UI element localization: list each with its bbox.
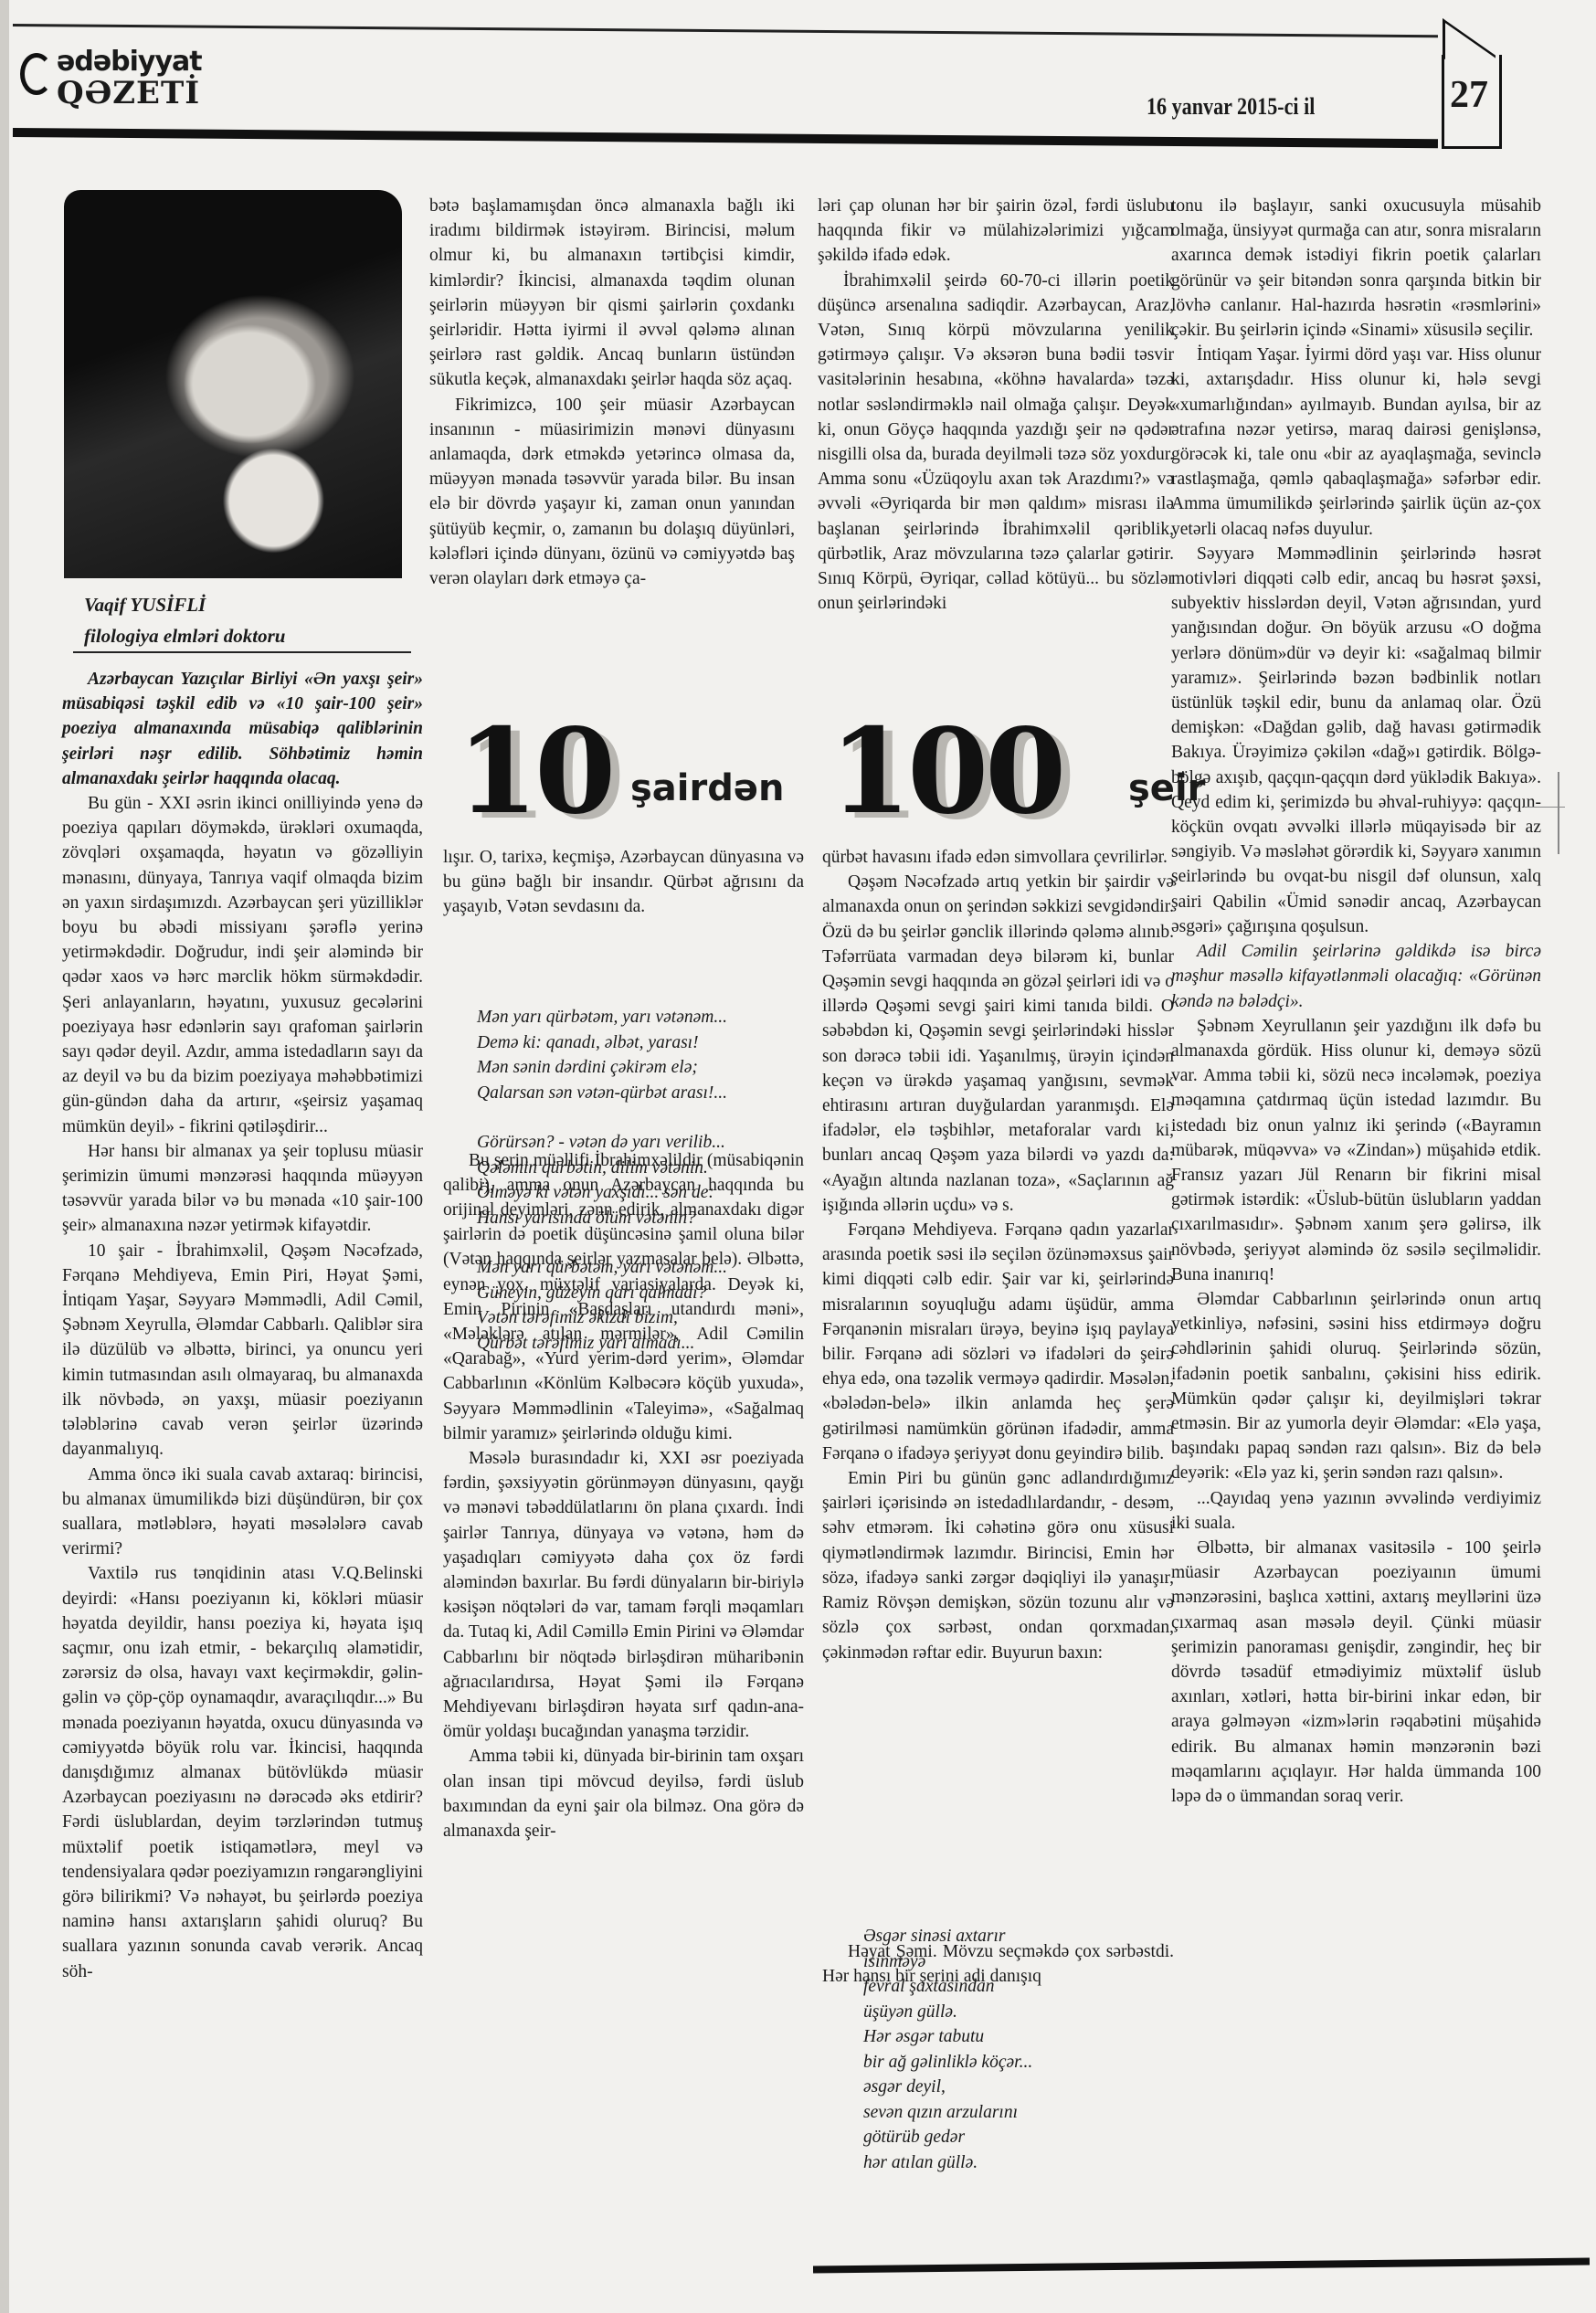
paragraph: Emin Piri bu günün gənc adlandırdığımız … (822, 1466, 1174, 1665)
poem-stanza: Mən yarı qürbətəm, yarı vətənəm... Güney… (477, 1255, 727, 1356)
poem-line: Mən yarı qürbətəm, yarı vətənəm... (477, 1255, 727, 1281)
pencil-mark (1558, 772, 1559, 854)
emblem-icon (20, 53, 53, 95)
author-title: filologiya elmləri doktoru (84, 620, 286, 651)
paragraph: Fikrimizcə, 100 şeir müasir Azərbaycan i… (429, 393, 795, 592)
scan-edge (0, 0, 9, 2313)
paragraph: lışır. O, tarixə, keçmişə, Azərbaycan dü… (443, 845, 804, 920)
poem-ibrahimxelil: Mən yarı qürbətəm, yarı vətənəm... Demə … (477, 1005, 727, 1380)
poem-stanza: Görürsən? - vətən də yarı verilib... Qəl… (477, 1130, 727, 1230)
column-4: tonu ilə başlayır, sanki oxucusuyla müsa… (1171, 194, 1541, 1809)
paragraph: Fərqanə Mehdiyeva. Fərqanə qadın yazarla… (822, 1218, 1174, 1466)
poem-line: bir ağ gəlinliklə köçər... (863, 2050, 1032, 2075)
article-headline: 10 şairdən 100 şeir (448, 713, 1179, 831)
paragraph: Əlbəttə, bir almanax vasitəsilə - 100 şe… (1171, 1536, 1541, 1809)
poem-line: Qürbət tərəfimiz yarı almadı... (477, 1331, 727, 1357)
poem-line: Mən yarı qürbətəm, yarı vətənəm... (477, 1005, 727, 1030)
newspaper-logo: ədəbiyyat QƏZETİ (20, 46, 121, 110)
paragraph: ləri çap olunan hər bir şairin özəl, fər… (818, 194, 1174, 269)
column-2-top: bətə başlamamışdan öncə almanaxla bağlı … (429, 194, 795, 591)
paragraph: Hər hansı bir almanax ya şeir toplusu mü… (62, 1139, 423, 1239)
headline-number-10: 10 (457, 713, 612, 831)
poem-emin-piri: Əsgər sinəsi axtarır isinməyə fevral şax… (863, 1924, 1032, 2175)
masthead-top-rule (13, 24, 1438, 37)
paragraph: Ələmdar Cabbarlının şeirlərində onun art… (1171, 1287, 1541, 1486)
paragraph: 10 şair - İbrahimxəlil, Qəşəm Nəcəfzadə,… (62, 1239, 423, 1463)
poem-line: Hansı yarısında ölüm vətənin? (477, 1206, 727, 1231)
paragraph: Məsələ burasındadır ki, XXI əsr poeziyad… (443, 1446, 804, 1744)
byline: Vaqif YUSİFLİ filologiya elmləri doktoru (84, 589, 286, 651)
paragraph: Adil Cəmilin şeirlərinə gəldikdə isə bir… (1171, 939, 1541, 1014)
poem-line: Qələmin qürbətin, dilim vətənin. (477, 1156, 727, 1181)
paragraph: Səyyarə Məmmədlinin şeirlərində həsrət m… (1171, 542, 1541, 939)
masthead-bottom-rule (13, 128, 1438, 148)
paragraph: Vaxtilə rus tənqidinin atası V.Q.Belinsk… (62, 1561, 423, 1983)
poem-line: Əsgər sinəsi axtarır (863, 1924, 1032, 1949)
byline-divider (73, 651, 411, 653)
poem-line: Hər əsgər tabutu (863, 2024, 1032, 2050)
poem-stanza: Mən yarı qürbətəm, yarı vətənəm... Demə … (477, 1005, 727, 1105)
headline-word-1: şairdən (630, 767, 784, 809)
poem-line: Demə ki: qanadı, əlbət, yarası! (477, 1030, 727, 1056)
paragraph: İntiqam Yaşar. İyirmi dörd yaşı var. His… (1171, 343, 1541, 542)
page-number-box: 27 (1442, 55, 1502, 149)
poem-line: Görürsən? - vətən də yarı verilib... (477, 1130, 727, 1156)
poem-line: götürüb gedər (863, 2125, 1032, 2150)
column-1: Azərbaycan Yazıçılar Birliyi «Ən yaxşı ş… (62, 667, 423, 1984)
paragraph: Bu gün - XXI əsrin ikinci onilliyində ye… (62, 791, 423, 1139)
poem-line: sevən qızın arzularını (863, 2100, 1032, 2126)
logo-line-1: ədəbiyyat (57, 46, 202, 78)
poem-line: Vətən tərəfimiz əkizdi bizim, (477, 1305, 727, 1331)
author-photo (64, 190, 402, 578)
paragraph: ...Qayıdaq yenə yazının əvvəlində verdiy… (1171, 1486, 1541, 1536)
poem-line: Qalarsan sən vətən-qürbət arası!... (477, 1081, 727, 1106)
poem-line: üşüyən güllə. (863, 2000, 1032, 2025)
newspaper-page: ədəbiyyat QƏZETİ 16 yanvar 2015-ci il 27… (0, 0, 1596, 2313)
paragraph: Şəbnəm Xeyrullanın şeir yazdığını ilk də… (1171, 1014, 1541, 1287)
headline-word-2: şeir (1128, 767, 1205, 809)
logo-line-2: QƏZETİ (57, 75, 200, 111)
poem-line: hər atılan güllə. (863, 2150, 1032, 2176)
paragraph: qürbət havasını ifadə edən simvollara çe… (822, 845, 1174, 870)
poem-line: Güneyin, güzeyin qarı qalmadı? (477, 1281, 727, 1306)
issue-date: 16 yanvar 2015-ci il (1147, 93, 1315, 121)
paragraph: İbrahimxəlil şeirdə 60-70-ci illərin poe… (818, 269, 1174, 617)
column-3-top: ləri çap olunan hər bir şairin özəl, fər… (818, 194, 1174, 616)
headline-number-100: 100 (830, 713, 1062, 831)
poem-line: isinməyə (863, 1949, 1032, 1975)
poem-line: Ölməyə ki vətən yaxşıdı... sən de: (477, 1180, 727, 1206)
article-lead: Azərbaycan Yazıçılar Birliyi «Ən yaxşı ş… (62, 667, 423, 791)
page-number: 27 (1450, 73, 1488, 117)
page-bottom-rule (813, 2258, 1590, 2274)
paragraph: Amma öncə iki suala cavab axtaraq: birin… (62, 1463, 423, 1562)
paragraph: tonu ilə başlayır, sanki oxucusuyla müsa… (1171, 194, 1541, 343)
pencil-mark (1524, 807, 1565, 808)
poem-line: Mən sənin dərdini çəkirəm elə; (477, 1055, 727, 1081)
column-3-bottom: qürbət havasını ifadə edən simvollara çe… (822, 845, 1174, 1989)
paragraph: Qəşəm Nəcəfzadə artıq yetkin bir şairdir… (822, 870, 1174, 1218)
poem-line: fevral şaxtasından (863, 1974, 1032, 2000)
author-name: Vaqif YUSİFLİ (84, 589, 286, 620)
poem-line: əsgər deyil, (863, 2075, 1032, 2100)
paragraph: Amma təbii ki, dünyada bir-birinin tam o… (443, 1744, 804, 1843)
paragraph: bətə başlamamışdan öncə almanaxla bağlı … (429, 194, 795, 393)
